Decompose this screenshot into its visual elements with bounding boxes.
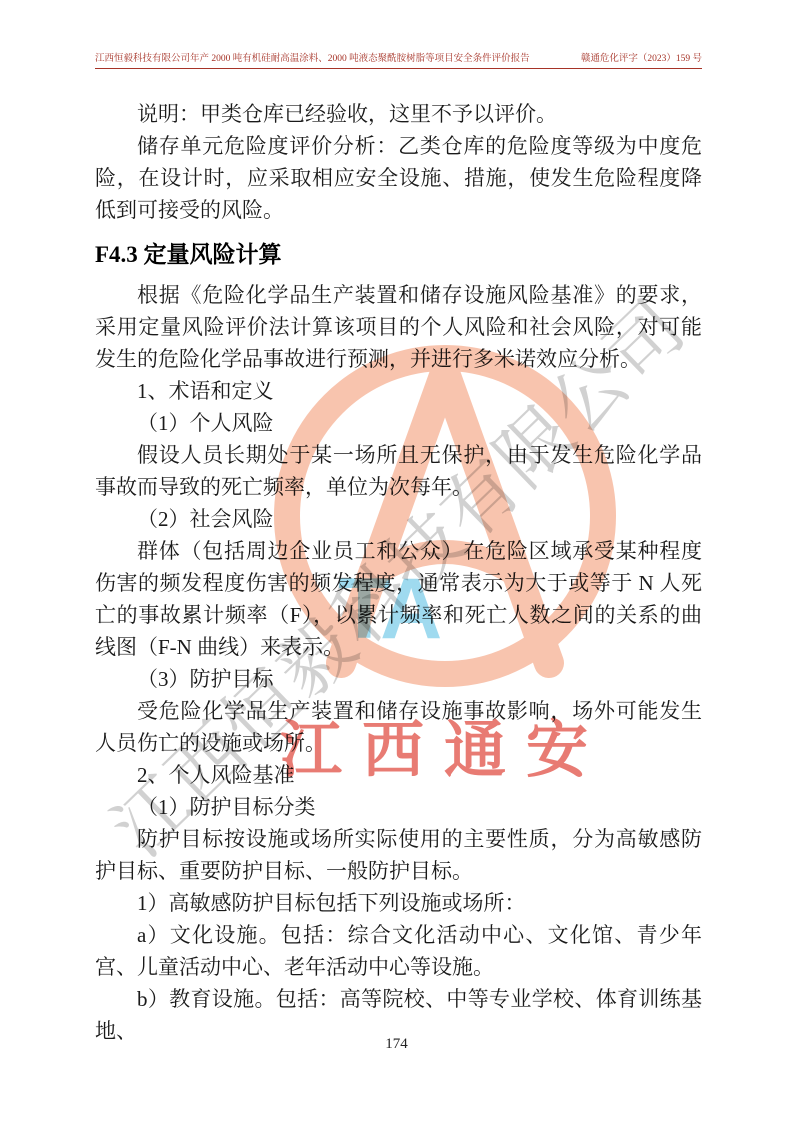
paragraph-social-risk: 群体（包括周边企业员工和公众）在危险区域承受某种程度伤害的频发程度伤害的频发程度… (95, 535, 702, 663)
list-item-social-risk: （2）社会风险 (95, 503, 702, 535)
list-item-personal-risk-benchmark: 2、个人风险基准 (95, 759, 702, 791)
page-number: 174 (385, 1036, 408, 1052)
section-heading: F4.3 定量风险计算 (95, 238, 702, 272)
report-title: 江西恒毅科技有限公司年产 2000 吨有机硅耐高温涂料、2000 吨液态聚酰胺树… (95, 50, 530, 64)
list-item-protection-target: （3）防护目标 (95, 663, 702, 695)
document-number: 赣通危化评字（2023）159 号 (581, 50, 702, 64)
list-item-personal-risk: （1）个人风险 (95, 407, 702, 439)
paragraph-note: 说明：甲类仓库已经验收，这里不予以评价。 (95, 98, 702, 130)
list-item-terms: 1、术语和定义 (95, 375, 702, 407)
paragraph-protection-target: 受危险化学品生产装置和储存设施事故影响，场外可能发生人员伤亡的设施或场所。 (95, 695, 702, 759)
document-body: 说明：甲类仓库已经验收，这里不予以评价。 储存单元危险度评价分析：乙类仓库的危险… (95, 98, 702, 1047)
paragraph-target-classification: 防护目标按设施或场所实际使用的主要性质，分为高敏感防护目标、重要防护目标、一般防… (95, 823, 702, 887)
page-header: 江西恒毅科技有限公司年产 2000 吨有机硅耐高温涂料、2000 吨液态聚酰胺树… (95, 50, 702, 69)
paragraph-basis: 根据《危险化学品生产装置和储存设施风险基准》的要求，采用定量风险评价法计算该项目… (95, 279, 702, 375)
list-item-culture-facilities: a）文化设施。包括：综合文化活动中心、文化馆、青少年宫、儿童活动中心、老年活动中… (95, 919, 702, 983)
list-item-target-classification: （1）防护目标分类 (95, 791, 702, 823)
page-footer: 174 (0, 1036, 793, 1053)
paragraph-personal-risk: 假设人员长期处于某一场所且无保护，由于发生危险化学品事故而导致的死亡频率，单位为… (95, 439, 702, 503)
paragraph-storage-analysis: 储存单元危险度评价分析：乙类仓库的危险度等级为中度危险，在设计时，应采取相应安全… (95, 130, 702, 226)
list-item-high-sensitive: 1）高敏感防护目标包括下列设施或场所： (95, 887, 702, 919)
